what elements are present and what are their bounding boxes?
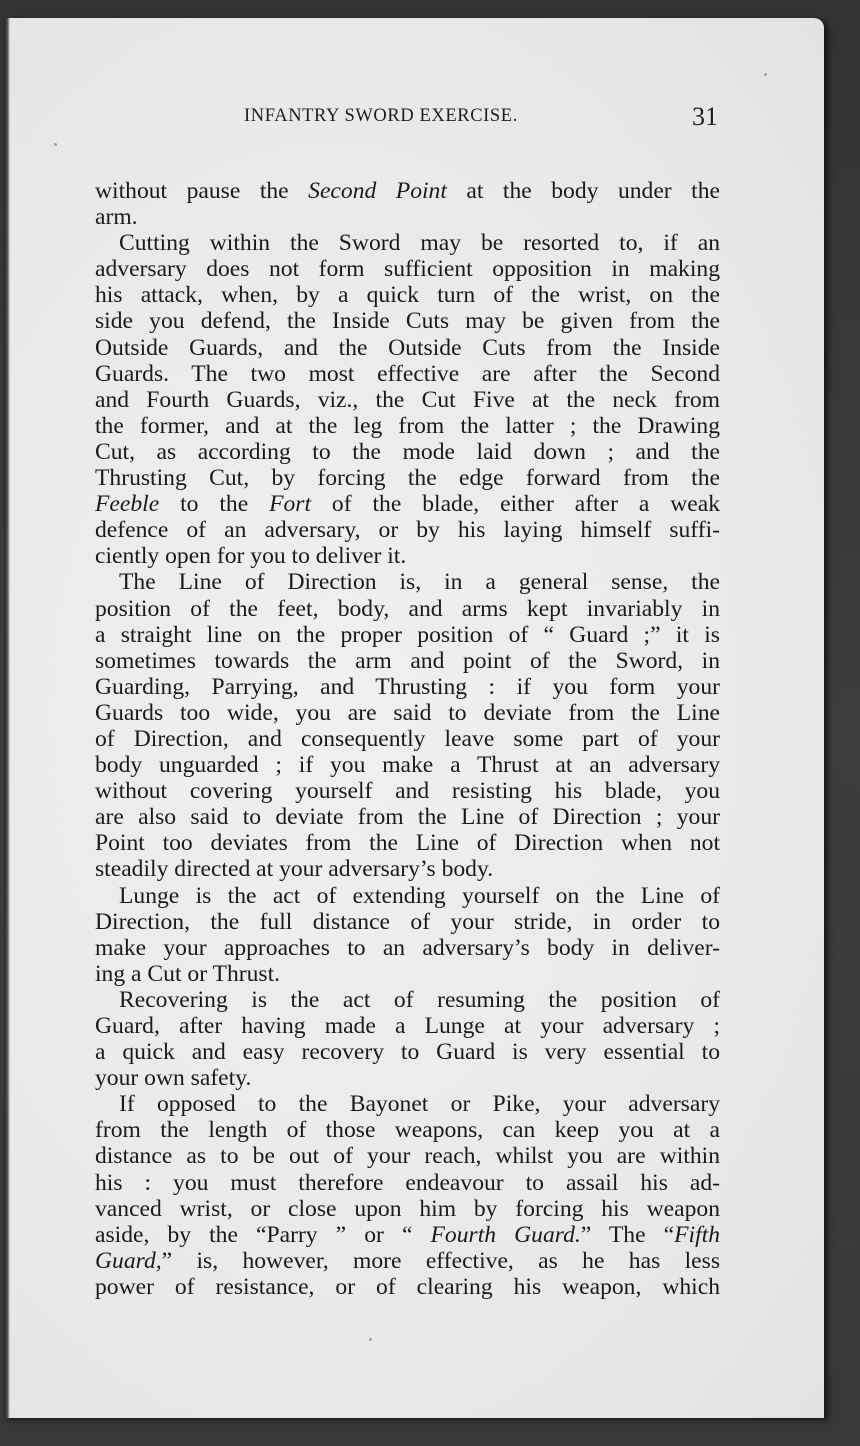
italic-term: Fort (269, 491, 311, 517)
text-line: body unguarded ; if you make a Thrust at… (95, 752, 720, 778)
text-line: Point too deviates from the Line of Dire… (95, 830, 720, 856)
text-line: power of resistance, or of clearing his … (95, 1274, 720, 1300)
text-line: of Direction, and consequently leave som… (95, 726, 720, 752)
text-line: are also said to deviate from the Line o… (95, 804, 720, 830)
text-line: Feeble to the Fort of the blade, either … (95, 491, 720, 517)
text-line: without pause the Second Point at the bo… (95, 178, 720, 204)
text-line: Outside Guards, and the Outside Cuts fro… (95, 335, 720, 361)
running-head: INFANTRY SWORD EXERCISE. 31 (4, 106, 824, 136)
text-line: sometimes towards the arm and point of t… (95, 648, 720, 674)
text-line: position of the feet, body, and arms kep… (95, 596, 720, 622)
text-line: make your approaches to an adversary’s b… (95, 935, 720, 961)
text-line: a straight line on the proper position o… (95, 622, 720, 648)
text-line: vanced wrist, or close upon him by forci… (95, 1196, 720, 1222)
italic-term: Feeble (95, 491, 159, 517)
paper-speck (764, 73, 767, 76)
text-line: Guard,” is, however, more effective, as … (95, 1248, 720, 1274)
italic-term: Second Point (308, 178, 447, 204)
text-line: the former, and at the leg from the latt… (95, 413, 720, 439)
text-line: Guards. The two most effective are after… (95, 361, 720, 387)
text-line: adversary does not form sufficient oppos… (95, 256, 720, 282)
italic-term: Fifth (674, 1222, 720, 1248)
book-page: INFANTRY SWORD EXERCISE. 31 without paus… (4, 18, 824, 1418)
text-line: your own safety. (95, 1065, 720, 1091)
text-line: aside, by the “Parry ” or “ Fourth Guard… (95, 1222, 720, 1248)
text-line: a quick and easy recovery to Guard is ve… (95, 1039, 720, 1065)
text-line: his attack, when, by a quick turn of the… (95, 282, 720, 308)
text-line: steadily directed at your adversary’s bo… (95, 856, 720, 882)
text-line: arm. (95, 204, 720, 230)
italic-term: Fourth Guard. (431, 1222, 581, 1248)
text-line: Cut, as according to the mode laid down … (95, 439, 720, 465)
text-line: distance as to be out of your reach, whi… (95, 1143, 720, 1169)
text-line: side you defend, the Inside Cuts may be … (95, 308, 720, 334)
text-line: Guard, after having made a Lunge at your… (95, 1013, 720, 1039)
text-line: Direction, the full distance of your str… (95, 909, 720, 935)
text-line: If opposed to the Bayonet or Pike, your … (95, 1091, 720, 1117)
text-line: Lunge is the act of extending yourself o… (95, 883, 720, 909)
text-line: Thrusting Cut, by forcing the edge forwa… (95, 465, 720, 491)
text-line: his : you must therefore endeavour to as… (95, 1170, 720, 1196)
running-title: INFANTRY SWORD EXERCISE. (244, 105, 518, 127)
text-line: Recovering is the act of resuming the po… (95, 987, 720, 1013)
text-line: ing a Cut or Thrust. (95, 961, 720, 987)
text-line: Cutting within the Sword may be resorted… (95, 230, 720, 256)
text-line: without covering yourself and resisting … (95, 778, 720, 804)
text-line: Guarding, Parrying, and Thrusting : if y… (95, 674, 720, 700)
page-binding-edge (4, 18, 10, 1418)
text-line: defence of an adversary, or by his layin… (95, 517, 720, 543)
paper-speck (54, 143, 57, 146)
text-line: ciently open for you to deliver it. (95, 543, 720, 569)
italic-term: Guard, (95, 1248, 162, 1274)
page-number: 31 (692, 102, 718, 132)
text-line: and Fourth Guards, viz., the Cut Five at… (95, 387, 720, 413)
text-line: The Line of Direction is, in a general s… (95, 569, 720, 595)
body-text: without pause the Second Point at the bo… (95, 178, 720, 1300)
text-line: Guards too wide, you are said to deviate… (95, 700, 720, 726)
text-line: from the length of those weapons, can ke… (95, 1117, 720, 1143)
paper-speck (369, 1338, 372, 1341)
